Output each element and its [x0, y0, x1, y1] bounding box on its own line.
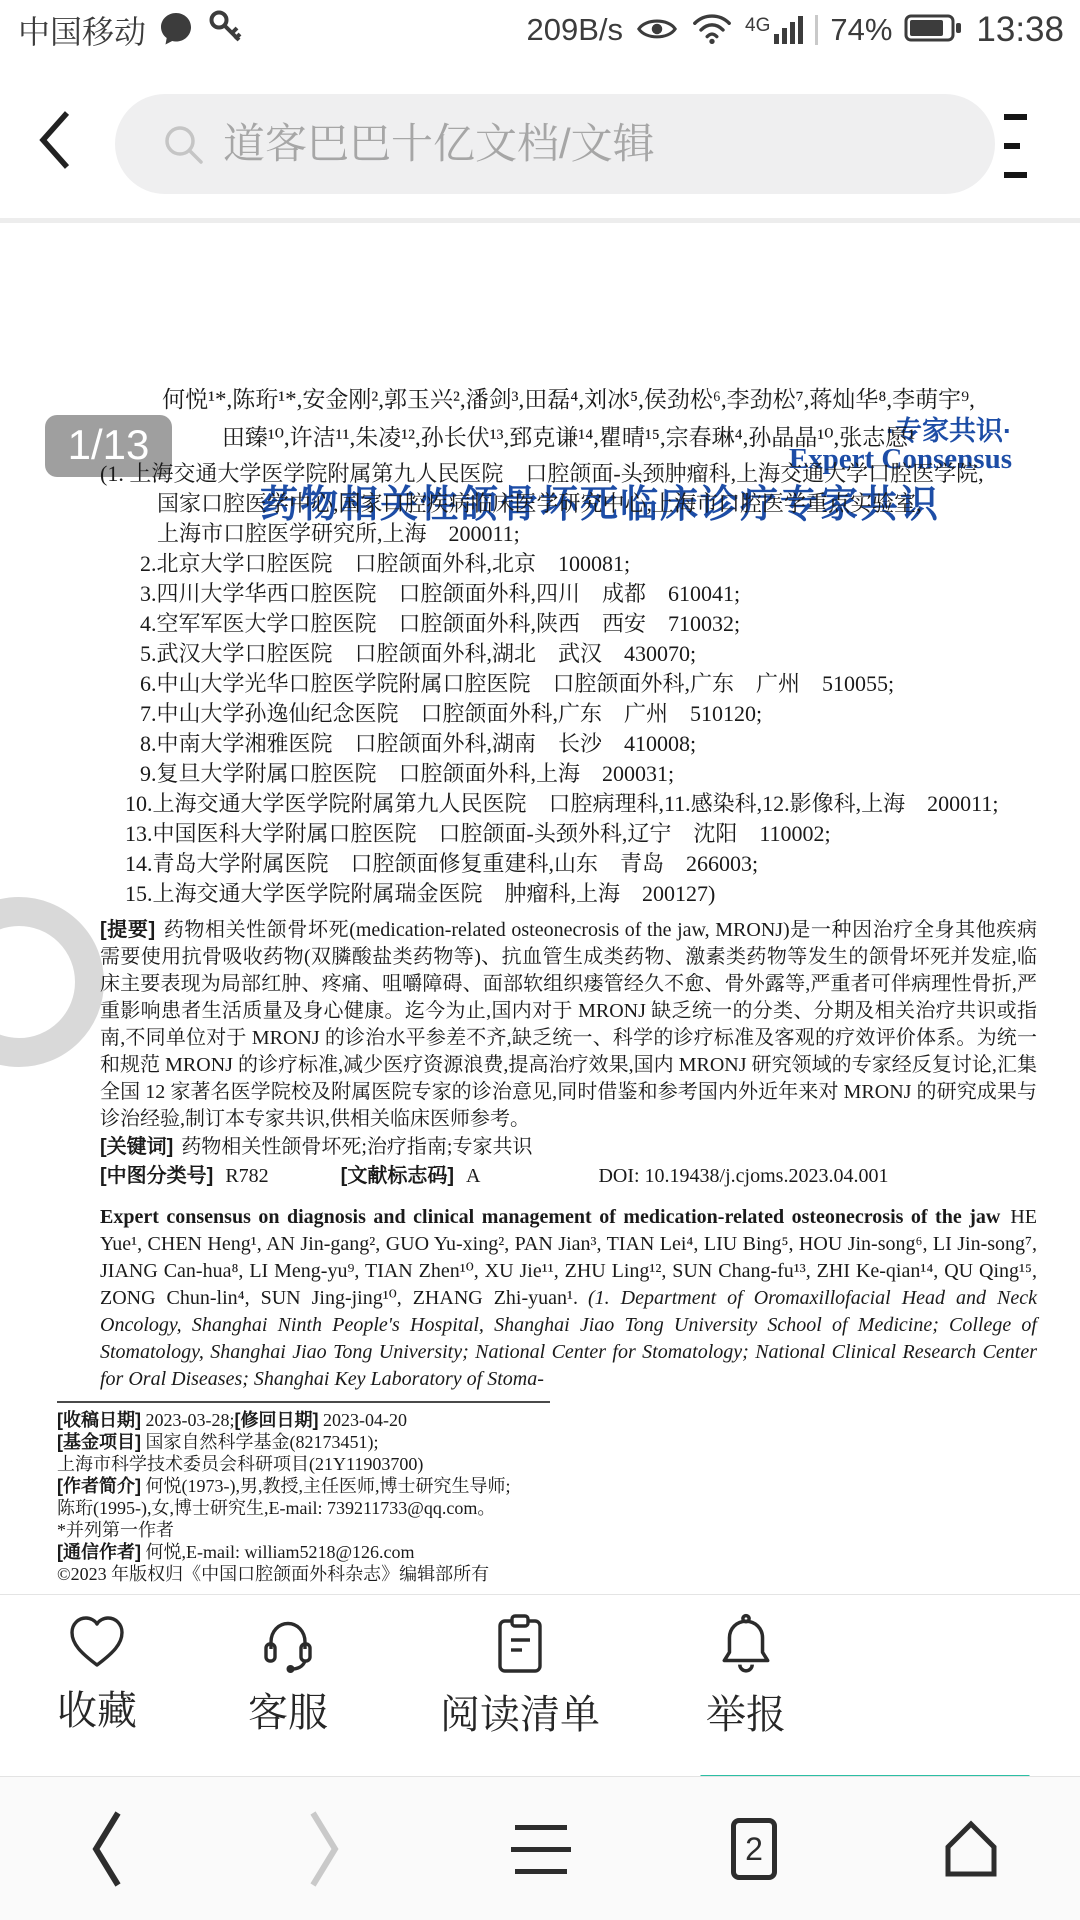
customer-service-button[interactable]: 客服 [228, 1613, 348, 1738]
back-button[interactable] [36, 108, 74, 177]
key-icon [206, 9, 244, 52]
document-content: 1/13 ·专家共识· Expert Consensus 药物相关性颌骨坏死临床… [0, 381, 1080, 1594]
footnote-text: 国家自然科学基金(82173451); [141, 1432, 379, 1452]
menu-icon[interactable] [1004, 114, 1027, 201]
affiliation-line: 2.北京大学口腔医院 口腔颌面外科,北京 100081; [100, 549, 1037, 579]
footnote-line: 上海市科学技术委员会科研项目(21Y11903700) [57, 1453, 757, 1475]
search-input[interactable] [223, 120, 995, 168]
affiliation-line: 13.中国医科大学附属口腔医院 口腔颌面-头颈外科,辽宁 沈阳 110002; [100, 819, 1037, 849]
app-header [0, 60, 1080, 218]
affiliation-line: 3.四川大学华西口腔医院 口腔颌面外科,四川 成都 610041; [100, 579, 1037, 609]
clc-value: R782 [225, 1163, 268, 1190]
net-speed: 209B/s [526, 12, 623, 48]
headset-icon [258, 1613, 318, 1673]
status-right: 209B/s 4G 74% [526, 10, 1064, 50]
toolbar-item-label: 客服 [248, 1681, 328, 1738]
keywords-text: 药物相关性颌骨坏死;治疗指南;专家共识 [181, 1136, 532, 1158]
eye-comfort-icon [635, 11, 679, 50]
nav-back-button[interactable] [47, 1777, 167, 1920]
footnote-line: 陈珩(1995-),女,博士研究生,E-mail: 739211733@qq.c… [57, 1497, 757, 1519]
keywords-line: [关键词]药物相关性颌骨坏死;治疗指南;专家共识 [100, 1134, 1037, 1161]
article-body: 何悦¹*,陈珩¹*,安金刚²,郭玉兴²,潘剑³,田磊⁴,刘冰⁵,侯劲松⁶,李劲松… [100, 381, 1037, 1585]
footnote-block: [收稿日期] 2023-03-28;[修回日期] 2023-04-20 [基金项… [57, 1401, 757, 1585]
home-icon [939, 1817, 1003, 1881]
doc-code-value: A [466, 1163, 480, 1190]
footnote-line: [收稿日期] 2023-03-28;[修回日期] 2023-04-20 [57, 1409, 757, 1431]
footnote-text: 2023-04-20 [319, 1410, 408, 1430]
bell-icon [717, 1613, 775, 1675]
network-type-label: 4G [745, 16, 770, 35]
classification-line: [中图分类号] R782 [文献标志码] A DOI: 10.19438/j.c… [100, 1163, 1037, 1190]
wifi-icon [691, 11, 733, 50]
document-page[interactable]: 1/13 ·专家共识· Expert Consensus 药物相关性颌骨坏死临床… [0, 223, 1080, 1594]
search-icon [161, 122, 205, 166]
chat-bubble-icon [158, 10, 194, 51]
abstract-label: [提要] [100, 919, 155, 941]
battery-icon [904, 12, 964, 49]
sim-divider-icon [815, 15, 818, 45]
footnote-line: [通信作者] 何悦,E-mail: william5218@126.com [57, 1541, 757, 1563]
keywords-label: [关键词] [100, 1136, 173, 1158]
affiliation-line: 7.中山大学孙逸仙纪念医院 口腔颌面外科,广东 广州 510120; [100, 699, 1037, 729]
nav-home-button[interactable] [911, 1777, 1031, 1920]
report-button[interactable]: 举报 [676, 1613, 816, 1740]
affiliation-line: 10.上海交通大学医学院附属第九人民医院 口腔病理科,11.感染科,12.影像科… [100, 789, 1037, 819]
footnote-label: [基金项目] [57, 1432, 141, 1452]
footnote-text: 2023-03-28; [141, 1410, 235, 1430]
reading-list-button[interactable]: 阅读清单 [410, 1613, 630, 1740]
affiliation-list: (1. 上海交通大学医学院附属第九人民医院 口腔颌面-头颈肿瘤科,上海交通大学口… [100, 459, 1037, 909]
signal-strength-icon: 4G [745, 16, 803, 44]
browser-nav-bar: 2 [0, 1776, 1080, 1920]
screen: 中国移动 209B/s [0, 0, 1080, 1920]
toolbar-item-label: 举报 [706, 1683, 786, 1740]
footnote-text: 陈珩(1995-),女,博士研究生,E-mail: 739211733@qq.c… [57, 1498, 495, 1518]
footnote-label: [修回日期] [235, 1410, 319, 1430]
tab-counter: 2 [731, 1818, 777, 1880]
chevron-left-icon [85, 1807, 129, 1891]
signal-bars-icon [774, 16, 803, 44]
bottom-toolbar: 收藏 客服 阅读清单 [0, 1594, 1080, 1775]
affiliation-line: 6.中山大学光华口腔医学院附属口腔医院 口腔颌面外科,广东 广州 510055; [100, 669, 1037, 699]
toolbar-item-label: 阅读清单 [440, 1683, 600, 1740]
authors-line-2: 田臻¹⁰,许洁¹¹,朱凌¹²,孙长伏¹³,郅克谦¹⁴,瞿晴¹⁵,宗春琳⁴,孙晶晶… [100, 419, 1037, 457]
footnote-line: [基金项目] 国家自然科学基金(82173451); [57, 1431, 757, 1453]
footnote-text: *并列第一作者 [57, 1520, 174, 1540]
footnote-line: ©2023 年版权归《中国口腔颌面外科杂志》编辑部所有 [57, 1563, 757, 1585]
affiliation-line: 14.青岛大学附属医院 口腔颌面修复重建科,山东 青岛 266003; [100, 849, 1037, 879]
toolbar-item-label: 收藏 [57, 1679, 137, 1736]
doc-code-label: [文献标志码] [341, 1163, 454, 1190]
footnote-line: *并列第一作者 [57, 1519, 757, 1541]
footnote-text: 上海市科学技术委员会科研项目(21Y11903700) [57, 1454, 423, 1474]
nav-tabs-button[interactable]: 2 [694, 1777, 814, 1920]
heart-icon [67, 1613, 127, 1671]
menu-lines-icon [511, 1825, 571, 1874]
footnote-label: [收稿日期] [57, 1410, 141, 1430]
nav-forward-button[interactable] [264, 1777, 384, 1920]
clock-label: 13:38 [976, 10, 1064, 50]
affiliation-line: 9.复旦大学附属口腔医院 口腔颌面外科,上海 200031; [100, 759, 1037, 789]
status-left: 中国移动 [18, 7, 244, 53]
english-abstract: Expert consensus on diagnosis and clinic… [100, 1204, 1037, 1393]
reading-list-icon [491, 1613, 549, 1675]
clc-label: [中图分类号] [100, 1163, 213, 1190]
footnote-rule [57, 1401, 550, 1403]
affiliation-line: (1. 上海交通大学医学院附属第九人民医院 口腔颌面-头颈肿瘤科,上海交通大学口… [100, 459, 1037, 489]
english-title: Expert consensus on diagnosis and clinic… [100, 1206, 1000, 1228]
footnote-text: 何悦,E-mail: william5218@126.com [141, 1542, 415, 1562]
carrier-label: 中国移动 [18, 7, 146, 53]
footnote-text: 何悦(1973-),男,教授,主任医师,博士研究生导师; [141, 1476, 510, 1496]
affiliation-line: 国家口腔医学中心,国家口腔疾病临床医学研究中心,上海市口腔医学重点实验室, [100, 489, 1037, 519]
battery-percent-label: 74% [830, 12, 892, 48]
abstract-text: 药物相关性颌骨坏死(medication-related osteonecros… [100, 919, 1037, 1130]
search-bar[interactable] [115, 94, 995, 194]
status-bar: 中国移动 209B/s [0, 0, 1080, 60]
affiliation-line: 8.中南大学湘雅医院 口腔颌面外科,湖南 长沙 410008; [100, 729, 1037, 759]
footnote-text: ©2023 年版权归《中国口腔颌面外科杂志》编辑部所有 [57, 1564, 489, 1584]
abstract-paragraph: [提要]药物相关性颌骨坏死(medication-related osteone… [100, 917, 1037, 1133]
nav-menu-button[interactable] [481, 1777, 601, 1920]
affiliation-line: 15.上海交通大学医学院附属瑞金医院 肿瘤科,上海 200127) [100, 879, 1037, 909]
doi-value: DOI: 10.19438/j.cjoms.2023.04.001 [598, 1163, 888, 1190]
footnote-line: [作者简介] 何悦(1973-),男,教授,主任医师,博士研究生导师; [57, 1475, 757, 1497]
favorite-button[interactable]: 收藏 [37, 1613, 157, 1736]
authors-line-1: 何悦¹*,陈珩¹*,安金刚²,郭玉兴²,潘剑³,田磊⁴,刘冰⁵,侯劲松⁶,李劲松… [100, 381, 1037, 419]
affiliation-line: 上海市口腔医学研究所,上海 200011; [100, 519, 1037, 549]
footnote-label: [通信作者] [57, 1542, 141, 1562]
affiliation-line: 5.武汉大学口腔医院 口腔颌面外科,湖北 武汉 430070; [100, 639, 1037, 669]
affiliation-line: 4.空军军医大学口腔医院 口腔颌面外科,陕西 西安 710032; [100, 609, 1037, 639]
chevron-right-icon [302, 1807, 346, 1891]
footnote-label: [作者简介] [57, 1476, 141, 1496]
